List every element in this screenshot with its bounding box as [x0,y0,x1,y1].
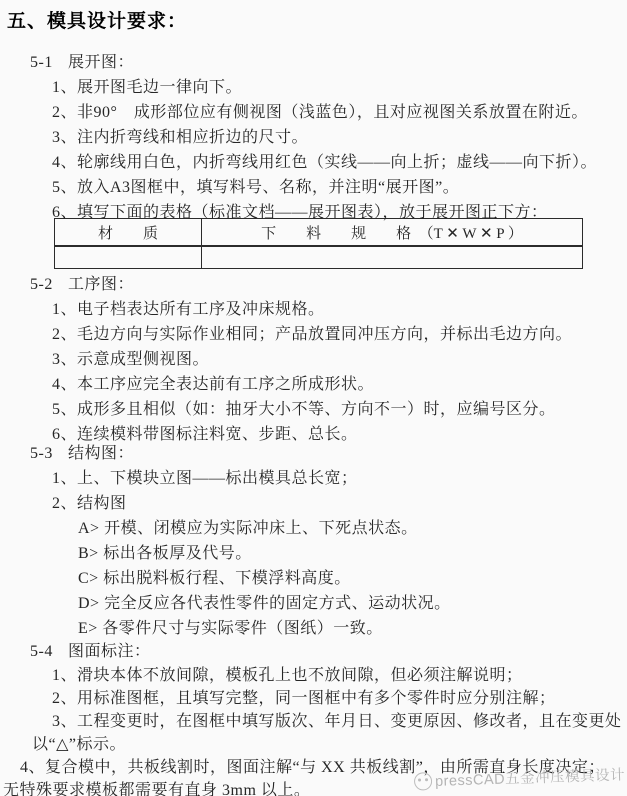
section-number: 5-1 [30,50,68,75]
section-number: 5-3 [30,441,68,466]
section-heading: 5-1展开图： [0,50,627,75]
section-title: 图面标注： [68,643,151,660]
blank-spec-table: 材 质 下 料 规 格 （T ✕ W ✕ P ） [54,218,583,269]
table-header-row: 材 质 下 料 规 格 （T ✕ W ✕ P ） [55,219,583,247]
section-5-3: 5-3结构图： 1、上、下模块立图——标出模具总长宽； 2、结构图 A> 开模、… [0,441,627,641]
sub-list-item: C> 标出脱料板行程、下模浮料高度。 [0,566,627,591]
list-item: 2、用标准图框，且填写完整，同一图框中有多个零件时应分别注解； [0,687,627,710]
section-number: 5-4 [30,639,68,664]
section-title: 展开图： [68,54,134,71]
list-item: 5、放入A3图框中，填写料号、名称，并注明“展开图”。 [0,175,627,200]
blank-spec-table-wrap: 材 质 下 料 规 格 （T ✕ W ✕ P ） [54,218,627,269]
list-item: 3、注内折弯线和相应折边的尺寸。 [0,125,627,150]
sub-list-item: D> 完全反应各代表性零件的固定方式、运动状况。 [0,591,627,616]
section-heading: 5-2工序图： [0,272,627,297]
list-item: 2、毛边方向与实际作业相同；产品放置同冲压方向，并标出毛边方向。 [0,322,627,347]
section-heading: 5-4图面标注： [0,639,627,664]
sub-list-item: A> 开模、闭模应为实际冲床上、下死点状态。 [0,516,627,541]
table-cell-spec [202,246,583,269]
list-item: 2、非90° 成形部位应有侧视图（浅蓝色），且对应视图关系放置在附近。 [0,100,627,125]
list-item: 3、示意成型侧视图。 [0,347,627,372]
section-title: 工序图： [68,276,134,293]
list-item: 3、工程变更时，在图框中填写版次、年月日、变更原因、修改者，且在变更处 [0,710,627,733]
list-item: 1、展开图毛边一律向下。 [0,75,627,100]
table-row [55,246,583,269]
document-page: 五、模具设计要求： 5-1展开图： 1、展开图毛边一律向下。 2、非90° 成形… [0,0,627,796]
section-title: 结构图： [68,445,134,462]
list-item: 1、上、下模块立图——标出模具总长宽； [0,466,627,491]
watermark-logo-icon [414,772,433,791]
list-item-continuation: 以“△”标示。 [0,733,627,756]
list-item: 5、成形多且相似（如：抽牙大小不等、方向不一）时，应编号区分。 [0,397,627,422]
section-number: 5-2 [30,272,68,297]
table-cell-material [55,246,202,269]
list-item: 1、滑块本体不放间隙，模板孔上也不放间隙，但必须注解说明； [0,664,627,687]
section-5-2: 5-2工序图： 1、电子档表达所有工序及冲床规格。 2、毛边方向与实际作业相同；… [0,272,627,447]
list-item: 1、电子档表达所有工序及冲床规格。 [0,297,627,322]
page-title: 五、模具设计要求： [0,0,627,34]
list-item: 4、轮廓线用白色，内折弯线用红色（实线——向上折；虚线——向下折）。 [0,150,627,175]
sub-list-item: E> 各零件尺寸与实际零件（图纸）一致。 [0,616,627,641]
list-item: 4、本工序应完全表达前有工序之所成形状。 [0,372,627,397]
section-5-1: 5-1展开图： 1、展开图毛边一律向下。 2、非90° 成形部位应有侧视图（浅蓝… [0,50,627,269]
list-item: 2、结构图 [0,491,627,516]
sub-list-item: B> 标出各板厚及代号。 [0,541,627,566]
